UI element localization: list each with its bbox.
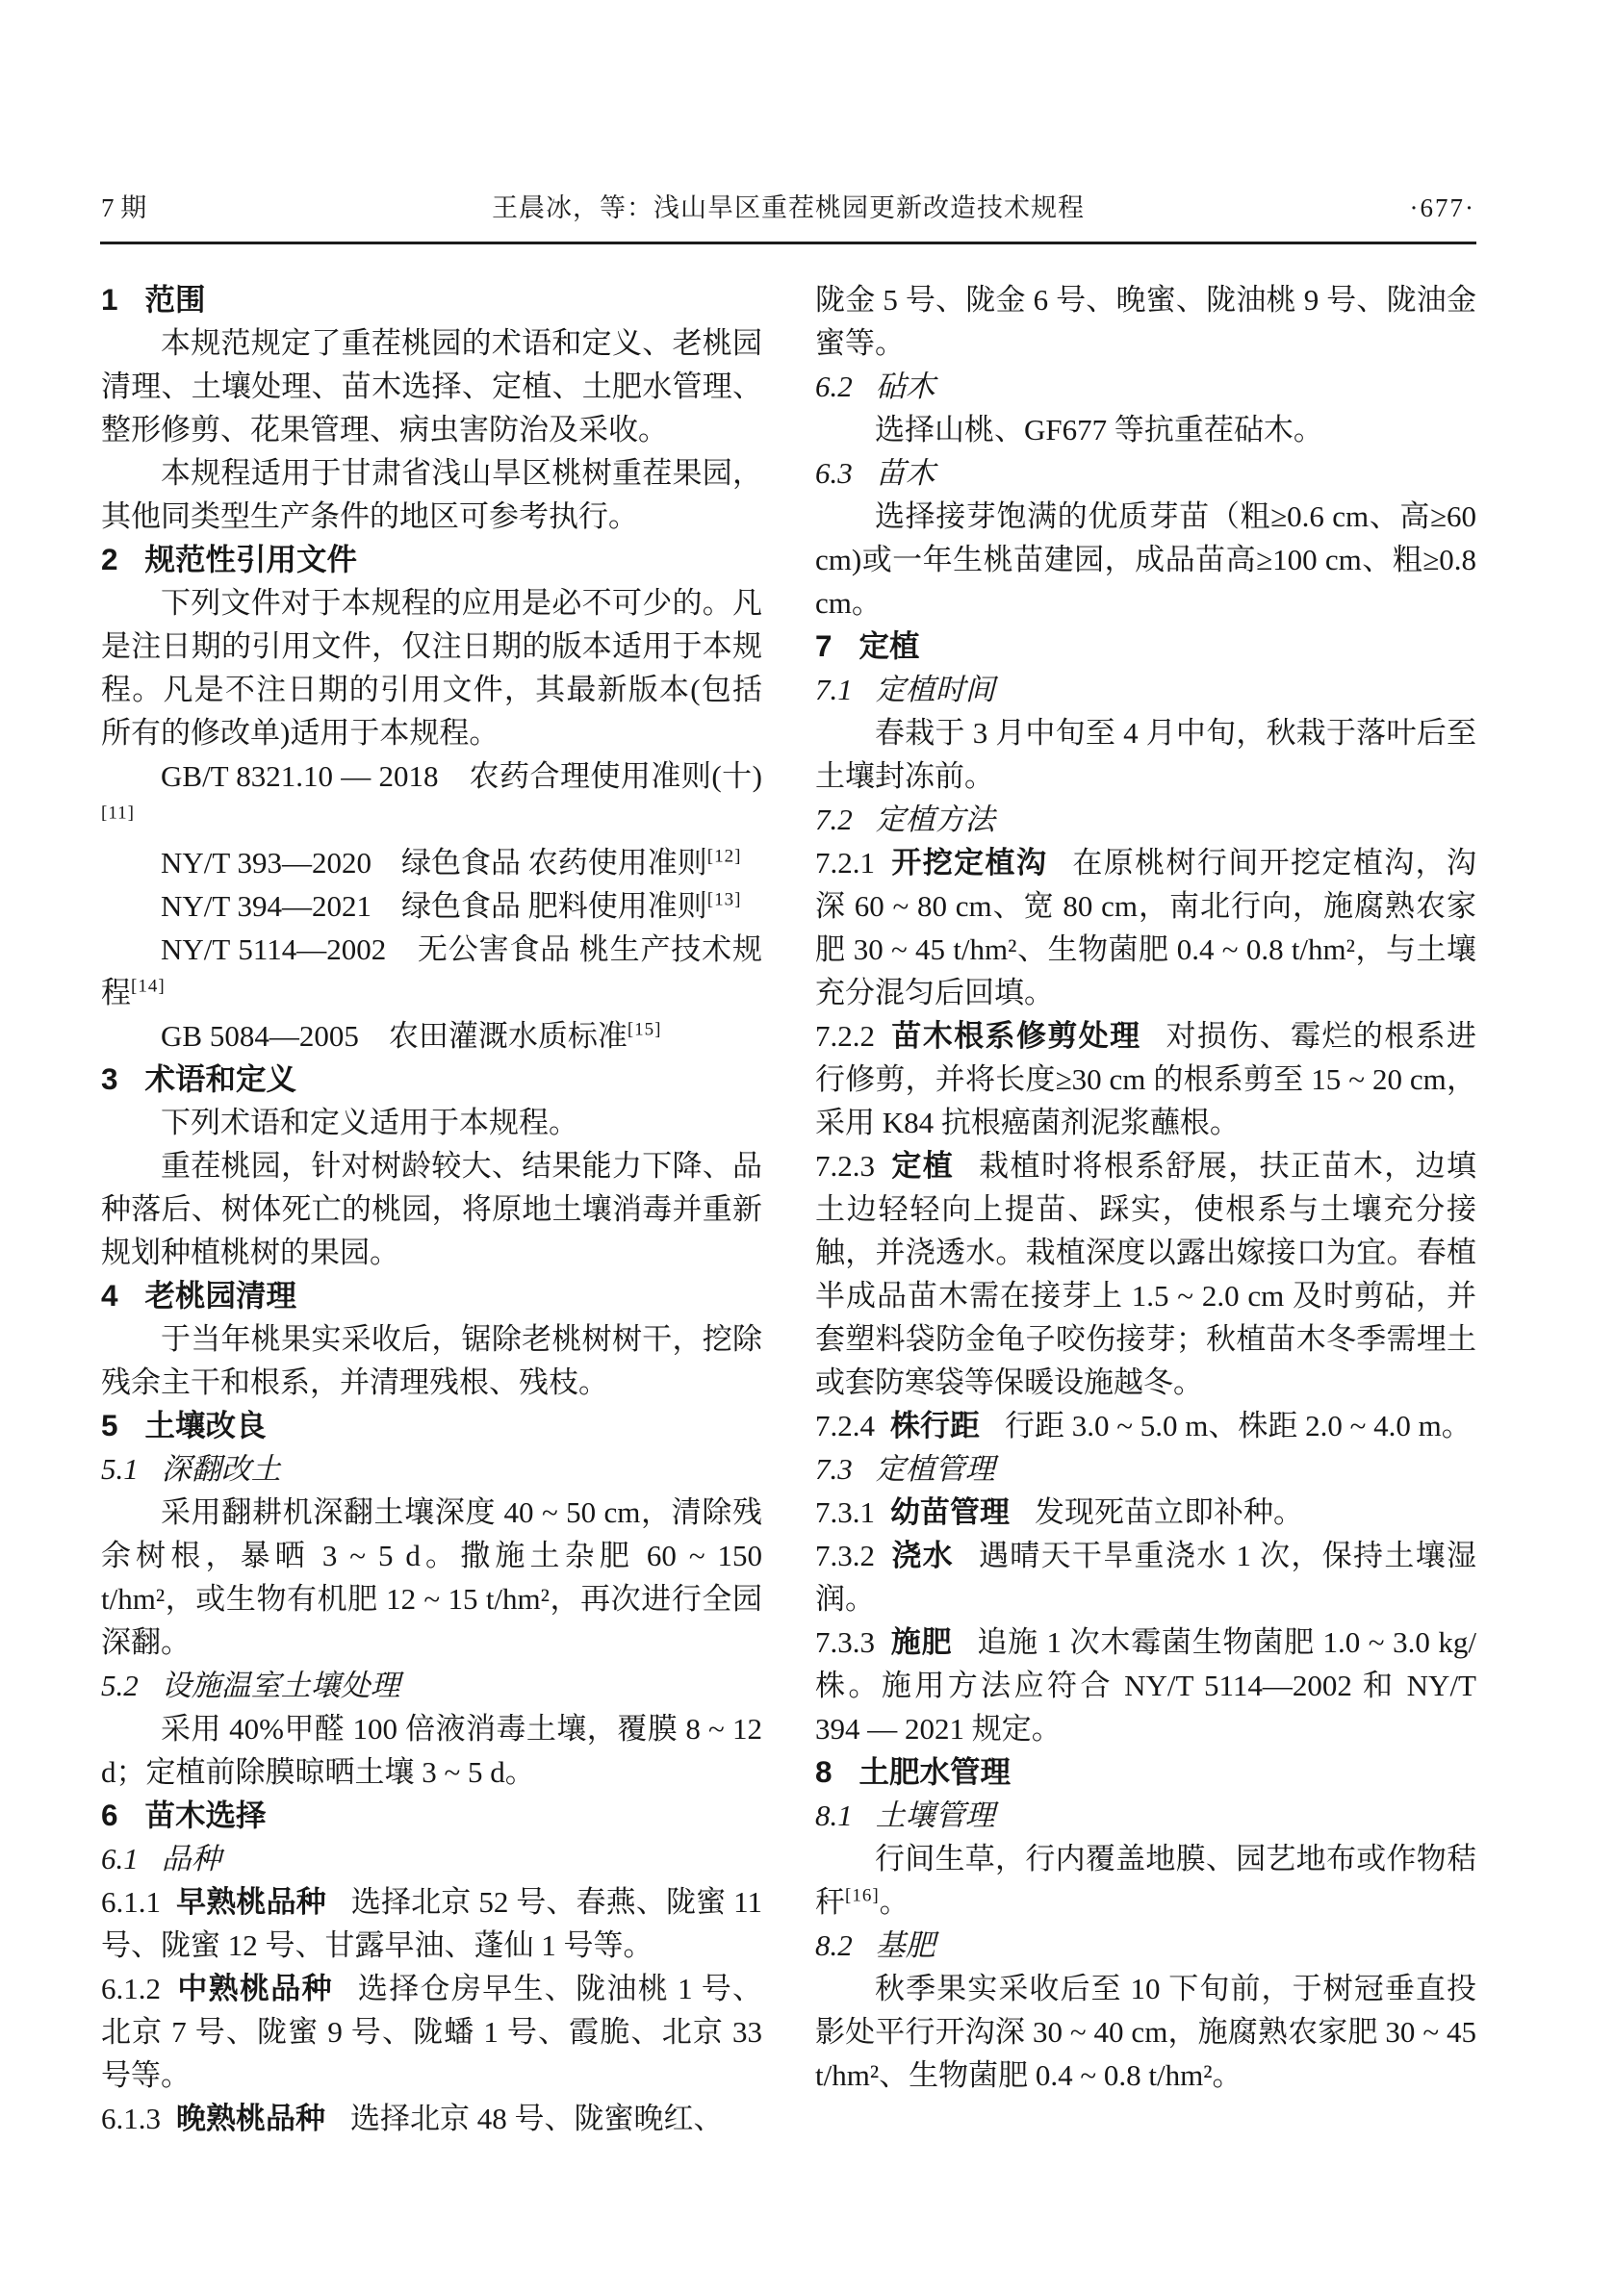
section-title: 定植 (859, 628, 920, 663)
section-title: 苗木选择 (145, 1798, 267, 1832)
clause-7.3.3: 7.3.3施肥追施 1 次木霉菌生物菌肥 1.0 ~ 3.0 kg/株。施用方法… (815, 1620, 1476, 1750)
section-title: 定植时间 (876, 673, 995, 706)
section-heading-1: 1范围 (101, 278, 762, 321)
journal-issue: 7 期 (101, 187, 146, 224)
document-page: 7 期 王晨冰，等：浅山旱区重茬桃园更新改造技术规程 ·677· 1范围本规范规… (0, 0, 1614, 2296)
clause-heading: 施肥 (890, 1625, 952, 1659)
clause-text: 发现死苗立即补种。 (1035, 1495, 1303, 1529)
clause-number: 7.3.3 (815, 1625, 875, 1659)
section-heading-2: 2规范性引用文件 (101, 538, 762, 581)
section-title: 基肥 (876, 1928, 935, 1962)
left-column: 1范围本规范规定了重茬桃园的术语和定义、老桃园清理、土壤处理、苗木选择、定植、土… (101, 278, 762, 2140)
section-title: 砧木 (876, 370, 935, 403)
citation-marker: [15] (628, 1020, 662, 1040)
paragraph: 选择接芽饱满的优质芽苗（粗≥0.6 cm、高≥60 cm)或一年生桃苗建园，成品… (815, 495, 1476, 625)
header-rule (100, 242, 1476, 244)
clause-number: 6.1.3 (101, 2102, 161, 2135)
article-body: 1范围本规范规定了重茬桃园的术语和定义、老桃园清理、土壤处理、苗木选择、定植、土… (101, 278, 1476, 2140)
section-number: 6.2 (815, 370, 853, 403)
citation-marker: [11] (101, 804, 135, 824)
citation-marker: [12] (707, 847, 742, 867)
section-heading-8.2: 8.2基肥 (815, 1924, 1476, 1967)
section-heading-7.1: 7.1定植时间 (815, 668, 1476, 711)
section-number: 1 (101, 282, 118, 317)
paragraph: 于当年桃果实采收后，锯除老桃树树干，挖除残余主干和根系，并清理残根、残枝。 (101, 1317, 762, 1404)
clause-number: 7.2.3 (815, 1149, 875, 1183)
section-title: 定植管理 (876, 1452, 995, 1486)
section-heading-8: 8土肥水管理 (815, 1750, 1476, 1794)
clause-7.3.2: 7.3.2浇水遇晴天干旱重浇水 1 次，保持土壤湿润。 (815, 1534, 1476, 1620)
clause-heading: 浇水 (890, 1539, 954, 1572)
paragraph: 下列术语和定义适用于本规程。 (101, 1101, 762, 1144)
paragraph: 采用翻耕机深翻土壤深度 40 ~ 50 cm，清除残余树根，暴晒 3 ~ 5 d… (101, 1491, 762, 1664)
section-number: 2 (101, 542, 118, 576)
paragraph: 重茬桃园，针对树龄较大、结果能力下降、品种落后、树体死亡的桃园，将原地土壤消毒并… (101, 1144, 762, 1274)
clause-number: 7.3.2 (815, 1539, 875, 1572)
section-heading-5: 5土壤改良 (101, 1404, 762, 1447)
section-title: 设施温室土壤处理 (162, 1669, 400, 1702)
clause-number: 6.1.1 (101, 1885, 161, 1919)
paragraph: NY/T 394—2021 绿色食品 肥料使用准则[13] (101, 884, 762, 928)
section-heading-7.2: 7.2定植方法 (815, 798, 1476, 841)
clause-6.1.1: 6.1.1早熟桃品种选择北京 52 号、春燕、陇蜜 11 号、陇蜜 12 号、甘… (101, 1880, 762, 1967)
clause-heading: 早熟桃品种 (176, 1885, 326, 1919)
paragraph: 采用 40%甲醛 100 倍液消毒土壤，覆膜 8 ~ 12 d；定植前除膜晾晒土… (101, 1707, 762, 1794)
section-number: 3 (101, 1061, 118, 1096)
clause-7.2.2: 7.2.2苗木根系修剪处理对损伤、霉烂的根系进行修剪，并将长度≥30 cm 的根… (815, 1014, 1476, 1144)
section-number: 5.1 (101, 1452, 139, 1486)
clause-heading: 定植 (890, 1149, 954, 1183)
section-number: 8 (815, 1754, 833, 1789)
section-number: 7.3 (815, 1452, 853, 1486)
section-heading-8.1: 8.1土壤管理 (815, 1794, 1476, 1837)
clause-text: 行距 3.0 ~ 5.0 m、株距 2.0 ~ 4.0 m。 (1005, 1409, 1472, 1442)
clause-7.2.3: 7.2.3定植栽植时将根系舒展，扶正苗木，边填土边轻轻向上提苗、踩实，使根系与土… (815, 1144, 1476, 1404)
clause-heading: 幼苗管理 (890, 1495, 1010, 1529)
section-number: 8.2 (815, 1928, 853, 1962)
clause-number: 7.2.4 (815, 1409, 875, 1442)
clause-heading: 开挖定植沟 (890, 846, 1047, 880)
section-number: 7 (815, 628, 833, 663)
section-number: 7.1 (815, 673, 853, 706)
section-number: 5 (101, 1408, 118, 1442)
paragraph: 秋季果实采收后至 10 下旬前，于树冠垂直投影处平行开沟深 30 ~ 40 cm… (815, 1967, 1476, 2097)
section-number: 6.3 (815, 456, 853, 490)
section-title: 土肥水管理 (859, 1754, 1012, 1789)
section-heading-6.2: 6.2砧木 (815, 365, 1476, 408)
section-title: 苗木 (876, 456, 935, 490)
page-header: 7 期 王晨冰，等：浅山旱区重茬桃园更新改造技术规程 ·677· (101, 187, 1475, 224)
section-heading-4: 4老桃园清理 (101, 1274, 762, 1317)
paragraph: 下列文件对于本规程的应用是必不可少的。凡是注日期的引用文件，仅注日期的版本适用于… (101, 581, 762, 754)
section-heading-3: 3术语和定义 (101, 1058, 762, 1101)
section-heading-6: 6苗木选择 (101, 1794, 762, 1837)
section-heading-7: 7定植 (815, 625, 1476, 668)
clause-number: 7.2.2 (815, 1019, 875, 1053)
section-number: 4 (101, 1278, 118, 1313)
paragraph: 春栽于 3 月中旬至 4 月中旬，秋栽于落叶后至土壤封冻前。 (815, 711, 1476, 798)
clause-7.2.1: 7.2.1开挖定植沟在原桃树行间开挖定植沟，沟深 60 ~ 80 cm、宽 80… (815, 841, 1476, 1014)
citation-marker: [16] (845, 1886, 880, 1906)
section-number: 6 (101, 1798, 118, 1832)
page-number: ·677· (1410, 193, 1475, 223)
clause-number: 7.2.1 (815, 846, 875, 880)
running-title: 王晨冰，等：浅山旱区重茬桃园更新改造技术规程 (492, 187, 1085, 224)
clause-6.1.2: 6.1.2中熟桃品种选择仓房早生、陇油桃 1 号、北京 7 号、陇蜜 9 号、陇… (101, 1967, 762, 2097)
paragraph: GB 5084—2005 农田灌溉水质标准[15] (101, 1014, 762, 1058)
section-title: 土壤管理 (876, 1799, 995, 1832)
paragraph: 本规范规定了重茬桃园的术语和定义、老桃园清理、土壤处理、苗木选择、定植、土肥水管… (101, 321, 762, 451)
citation-marker: [14] (131, 977, 166, 997)
section-title: 范围 (145, 282, 206, 317)
section-number: 5.2 (101, 1669, 139, 1702)
section-title: 定植方法 (876, 803, 995, 836)
section-number: 6.1 (101, 1842, 139, 1875)
clause-heading: 晚熟桃品种 (176, 2102, 325, 2135)
section-heading-7.3: 7.3定植管理 (815, 1447, 1476, 1491)
section-heading-5.2: 5.2设施温室土壤处理 (101, 1664, 762, 1707)
section-title: 深翻改土 (162, 1452, 281, 1486)
clause-text: 选择北京 48 号、陇蜜晚红、 (350, 2102, 724, 2135)
section-heading-5.1: 5.1深翻改土 (101, 1447, 762, 1491)
paragraph: 行间生草，行内覆盖地膜、园艺地布或作物秸秆[16]。 (815, 1837, 1476, 1924)
citation-marker: [13] (707, 890, 742, 910)
paragraph: NY/T 393—2020 绿色食品 农药使用准则[12] (101, 841, 762, 884)
paragraph: 选择山桃、GF677 等抗重茬砧木。 (815, 408, 1476, 451)
clause-text: 栽植时将根系舒展，扶正苗木，边填土边轻轻向上提苗、踩实，使根系与土壤充分接触，并… (815, 1149, 1476, 1399)
clause-number: 6.1.2 (101, 1972, 161, 2005)
paragraph: 陇金 5 号、陇金 6 号、晚蜜、陇油桃 9 号、陇油金蜜等。 (815, 278, 1476, 365)
section-title: 土壤改良 (145, 1408, 267, 1442)
section-title: 老桃园清理 (145, 1278, 297, 1313)
clause-6.1.3: 6.1.3晚熟桃品种选择北京 48 号、陇蜜晚红、 (101, 2097, 762, 2140)
section-heading-6.3: 6.3苗木 (815, 451, 1476, 495)
clause-number: 7.3.1 (815, 1495, 875, 1529)
section-title: 术语和定义 (145, 1061, 297, 1096)
section-title: 规范性引用文件 (145, 542, 358, 576)
section-number: 7.2 (815, 803, 853, 836)
clause-7.2.4: 7.2.4株行距行距 3.0 ~ 5.0 m、株距 2.0 ~ 4.0 m。 (815, 1404, 1476, 1447)
paragraph: GB/T 8321.10 — 2018 农药合理使用准则(十)[11] (101, 754, 762, 841)
clause-7.3.1: 7.3.1幼苗管理发现死苗立即补种。 (815, 1491, 1476, 1534)
right-column: 陇金 5 号、陇金 6 号、晚蜜、陇油桃 9 号、陇油金蜜等。6.2砧木选择山桃… (815, 278, 1476, 2140)
paragraph: 本规程适用于甘肃省浅山旱区桃树重茬果园，其他同类型生产条件的地区可参考执行。 (101, 451, 762, 538)
paragraph: NY/T 5114—2002 无公害食品 桃生产技术规程[14] (101, 928, 762, 1014)
clause-heading: 苗木根系修剪处理 (890, 1019, 1141, 1053)
section-title: 品种 (162, 1842, 221, 1875)
section-number: 8.1 (815, 1799, 853, 1832)
clause-heading: 中熟桃品种 (176, 1972, 333, 2005)
clause-heading: 株行距 (890, 1409, 980, 1442)
section-heading-6.1: 6.1品种 (101, 1837, 762, 1880)
